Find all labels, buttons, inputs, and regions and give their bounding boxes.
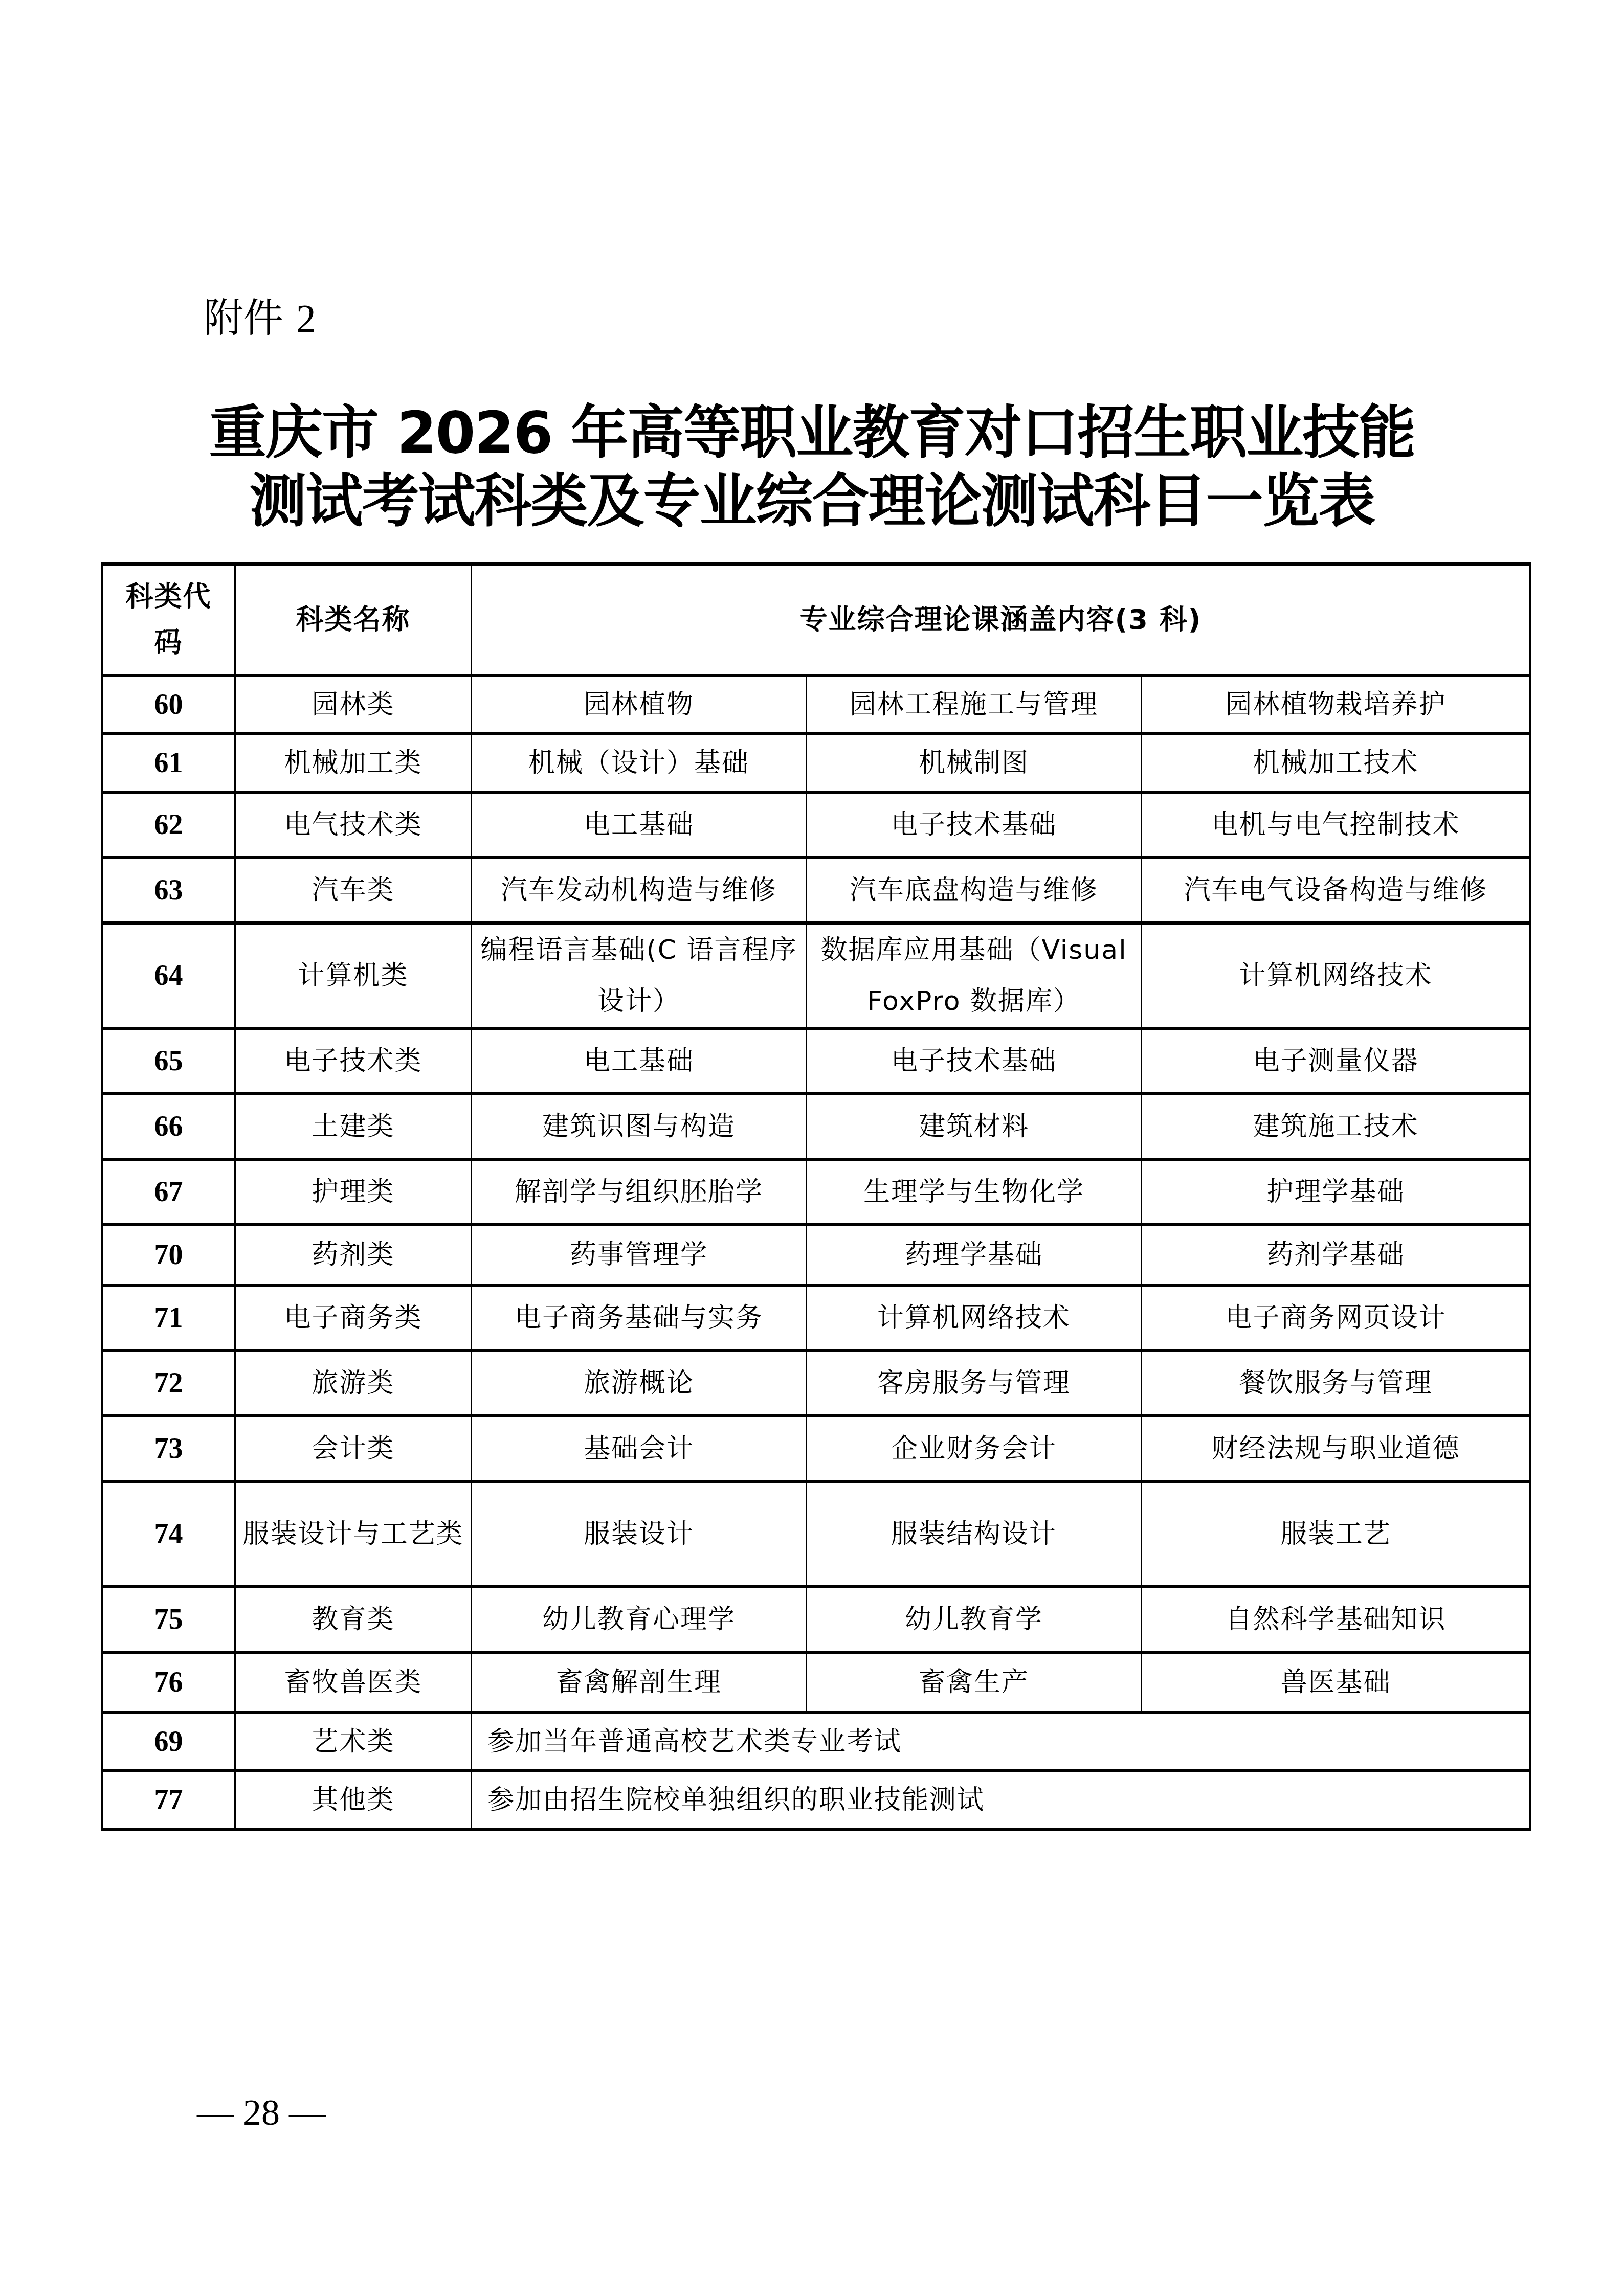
category-code: 62 [102,792,235,858]
category-name: 教育类 [235,1587,472,1652]
category-code: 67 [102,1159,235,1225]
subject-cell: 园林植物 [472,676,807,734]
table-row: 61机械加工类机械（设计）基础机械制图机械加工技术 [102,734,1530,792]
subject-cell: 建筑识图与构造 [472,1094,807,1159]
title-line-2: 测试考试科类及专业综合理论测试科目一览表 [0,467,1624,536]
subject-cell: 畜禽解剖生理 [472,1652,807,1713]
table-row: 71电子商务类电子商务基础与实务计算机网络技术电子商务网页设计 [102,1285,1530,1350]
subject-cell: 电子测量仪器 [1142,1028,1530,1094]
subject-cell: 园林植物栽培养护 [1142,676,1530,734]
category-name: 机械加工类 [235,734,472,792]
subject-cell: 电子技术基础 [807,1028,1142,1094]
category-code: 75 [102,1587,235,1652]
subject-cell: 幼儿教育心理学 [472,1587,807,1652]
subject-cell: 服装工艺 [1142,1481,1530,1587]
category-code: 61 [102,734,235,792]
special-note: 参加由招生院校单独组织的职业技能测试 [472,1771,1530,1829]
subject-cell: 机械加工技术 [1142,734,1530,792]
subject-cell: 园林工程施工与管理 [807,676,1142,734]
table-row: 64计算机类编程语言基础(C 语言程序设计）数据库应用基础（Visual Fox… [102,923,1530,1028]
subject-cell: 解剖学与组织胚胎学 [472,1159,807,1225]
attachment-label: 附件 2 [204,286,316,344]
table-row: 76畜牧兽医类畜禽解剖生理畜禽生产兽医基础 [102,1652,1530,1713]
table-row: 66土建类建筑识图与构造建筑材料建筑施工技术 [102,1094,1530,1159]
page-title: 重庆市 2026 年高等职业教育对口招生职业技能 测试考试科类及专业综合理论测试… [0,399,1624,536]
subject-cell: 企业财务会计 [807,1416,1142,1481]
category-code: 65 [102,1028,235,1094]
subject-table: 科类代码 科类名称 专业综合理论课涵盖内容(3 科) 60园林类园林植物园林工程… [101,562,1531,1831]
table-row: 60园林类园林植物园林工程施工与管理园林植物栽培养护 [102,676,1530,734]
table-row-special: 69艺术类参加当年普通高校艺术类专业考试 [102,1713,1530,1771]
subject-cell: 护理学基础 [1142,1159,1530,1225]
category-name: 电子技术类 [235,1028,472,1094]
subject-cell: 计算机网络技术 [807,1285,1142,1350]
category-name: 其他类 [235,1771,472,1829]
subject-cell: 电子技术基础 [807,792,1142,858]
table-row: 63汽车类汽车发动机构造与维修汽车底盘构造与维修汽车电气设备构造与维修 [102,858,1530,923]
subject-cell: 畜禽生产 [807,1652,1142,1713]
subject-cell: 药事管理学 [472,1225,807,1285]
subject-cell: 电工基础 [472,1028,807,1094]
subject-cell: 编程语言基础(C 语言程序设计） [472,923,807,1028]
header-name: 科类名称 [235,564,472,676]
subject-cell: 汽车电气设备构造与维修 [1142,858,1530,923]
subject-cell: 建筑材料 [807,1094,1142,1159]
subject-cell: 自然科学基础知识 [1142,1587,1530,1652]
category-name: 会计类 [235,1416,472,1481]
category-code: 71 [102,1285,235,1350]
subject-cell: 服装结构设计 [807,1481,1142,1587]
header-code: 科类代码 [102,564,235,676]
subject-cell: 幼儿教育学 [807,1587,1142,1652]
subject-cell: 计算机网络技术 [1142,923,1530,1028]
category-code: 72 [102,1350,235,1416]
table-row: 72旅游类旅游概论客房服务与管理餐饮服务与管理 [102,1350,1530,1416]
category-code: 76 [102,1652,235,1713]
subject-cell: 电子商务基础与实务 [472,1285,807,1350]
subject-cell: 汽车发动机构造与维修 [472,858,807,923]
special-note: 参加当年普通高校艺术类专业考试 [472,1713,1530,1771]
subject-cell: 建筑施工技术 [1142,1094,1530,1159]
subject-cell: 兽医基础 [1142,1652,1530,1713]
subject-cell: 药理学基础 [807,1225,1142,1285]
category-name: 服装设计与工艺类 [235,1481,472,1587]
page-number: — 28 — [197,2091,326,2134]
subject-cell: 客房服务与管理 [807,1350,1142,1416]
category-code: 74 [102,1481,235,1587]
table-row: 73会计类基础会计企业财务会计财经法规与职业道德 [102,1416,1530,1481]
category-code: 70 [102,1225,235,1285]
subject-cell: 生理学与生物化学 [807,1159,1142,1225]
category-name: 电子商务类 [235,1285,472,1350]
table-row-special: 77其他类参加由招生院校单独组织的职业技能测试 [102,1771,1530,1829]
attachment-number: 2 [296,296,316,341]
category-code: 64 [102,923,235,1028]
category-name: 计算机类 [235,923,472,1028]
category-name: 艺术类 [235,1713,472,1771]
category-name: 旅游类 [235,1350,472,1416]
category-name: 园林类 [235,676,472,734]
subject-cell: 电机与电气控制技术 [1142,792,1530,858]
table-row: 70药剂类药事管理学药理学基础药剂学基础 [102,1225,1530,1285]
subject-cell: 机械制图 [807,734,1142,792]
table-row: 62电气技术类电工基础电子技术基础电机与电气控制技术 [102,792,1530,858]
attachment-prefix: 附件 [204,296,283,342]
category-code: 63 [102,858,235,923]
category-code: 73 [102,1416,235,1481]
subject-cell: 汽车底盘构造与维修 [807,858,1142,923]
subject-cell: 药剂学基础 [1142,1225,1530,1285]
subject-cell: 服装设计 [472,1481,807,1587]
header-content: 专业综合理论课涵盖内容(3 科) [472,564,1530,676]
title-line-1: 重庆市 2026 年高等职业教育对口招生职业技能 [0,399,1624,467]
category-name: 畜牧兽医类 [235,1652,472,1713]
category-name: 汽车类 [235,858,472,923]
category-code: 77 [102,1771,235,1829]
category-name: 土建类 [235,1094,472,1159]
subject-cell: 基础会计 [472,1416,807,1481]
subject-cell: 旅游概论 [472,1350,807,1416]
table-row: 74服装设计与工艺类服装设计服装结构设计服装工艺 [102,1481,1530,1587]
subject-cell: 财经法规与职业道德 [1142,1416,1530,1481]
category-name: 护理类 [235,1159,472,1225]
table-row: 65电子技术类电工基础电子技术基础电子测量仪器 [102,1028,1530,1094]
subject-cell: 电工基础 [472,792,807,858]
table-header-row: 科类代码 科类名称 专业综合理论课涵盖内容(3 科) [102,564,1530,676]
subject-cell: 电子商务网页设计 [1142,1285,1530,1350]
category-code: 69 [102,1713,235,1771]
table-row: 75教育类幼儿教育心理学幼儿教育学自然科学基础知识 [102,1587,1530,1652]
table-row: 67护理类解剖学与组织胚胎学生理学与生物化学护理学基础 [102,1159,1530,1225]
category-code: 60 [102,676,235,734]
category-name: 药剂类 [235,1225,472,1285]
subject-cell: 机械（设计）基础 [472,734,807,792]
subject-cell: 数据库应用基础（Visual FoxPro 数据库） [807,923,1142,1028]
category-name: 电气技术类 [235,792,472,858]
category-code: 66 [102,1094,235,1159]
subject-cell: 餐饮服务与管理 [1142,1350,1530,1416]
